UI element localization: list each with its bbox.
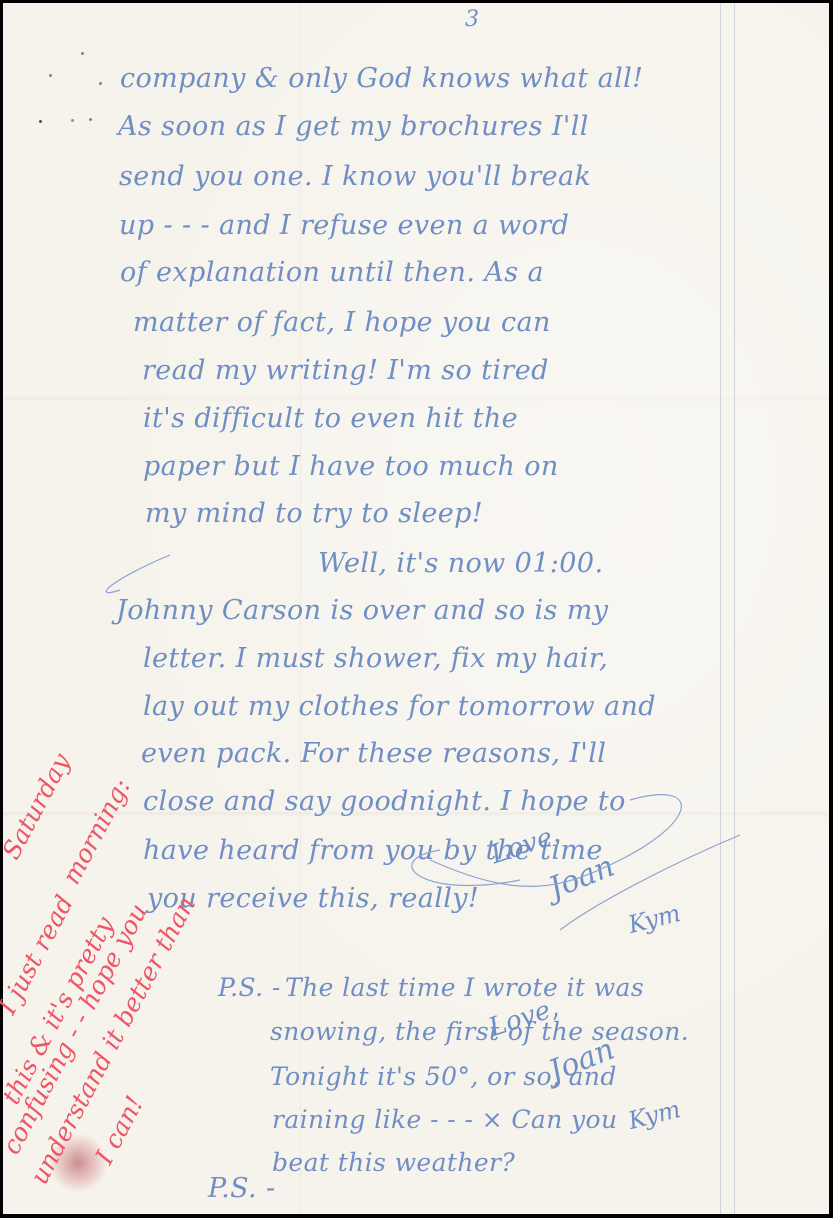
letter-line: of explanation until then. As a bbox=[120, 257, 544, 288]
letter-line: letter. I must shower, fix my hair, bbox=[143, 643, 608, 674]
letter-line: lay out my clothes for tomorrow and bbox=[143, 691, 656, 722]
signature-sub: Kym bbox=[625, 1095, 683, 1135]
letter-line: up - - - and I refuse even a word bbox=[119, 210, 569, 241]
ps-label: P.S. - bbox=[208, 1173, 276, 1204]
margin-rule-right bbox=[734, 3, 735, 1214]
letter-line: close and say goodnight. I hope to bbox=[143, 786, 626, 817]
letter-line: matter of fact, I hope you can bbox=[133, 307, 551, 338]
letter-line: Johnny Carson is over and so is my bbox=[116, 595, 608, 626]
page-number: 3 bbox=[465, 7, 479, 32]
ps-line: beat this weather? bbox=[272, 1148, 515, 1177]
letter-line: read my writing! I'm so tired bbox=[142, 355, 549, 386]
ps-line: snowing, the first of the season. bbox=[270, 1017, 689, 1046]
letter-line: it's difficult to even hit the bbox=[143, 403, 518, 434]
letter-line: As soon as I get my brochures I'll bbox=[118, 111, 589, 142]
letter-line: my mind to try to sleep! bbox=[145, 498, 483, 529]
ps-label: P.S. - bbox=[218, 973, 281, 1002]
letter-line: even pack. For these reasons, I'll bbox=[141, 738, 606, 769]
margin-rule-left bbox=[720, 3, 721, 1214]
letter-line: company & only God knows what all! bbox=[120, 63, 643, 94]
letter-line: send you one. I know you'll break bbox=[119, 161, 591, 192]
stray-marks bbox=[37, 48, 107, 128]
letter-line: Well, it's now 01:00. bbox=[318, 548, 603, 579]
letter-line: paper but I have too much on bbox=[143, 451, 559, 482]
ps-line: Tonight it's 50°, or so, and bbox=[270, 1062, 617, 1091]
ps-line: raining like - - - × Can you bbox=[272, 1105, 618, 1134]
ps-line: The last time I wrote it was bbox=[285, 973, 644, 1002]
